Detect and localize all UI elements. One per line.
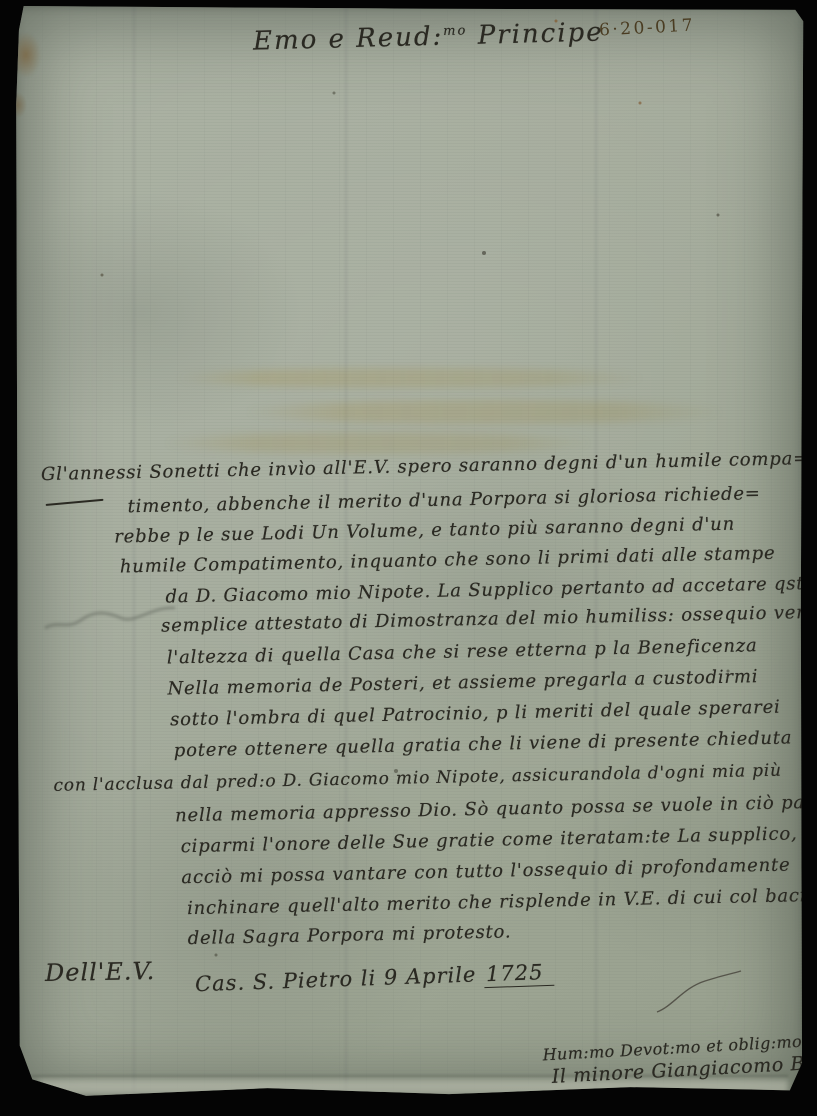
- body-line: sotto l'ombra di quel Patrocinio, p li m…: [170, 697, 781, 731]
- dateline-year: 1725: [484, 960, 554, 988]
- body-line: semplice attestato di Dimostranza del mi…: [161, 602, 817, 637]
- paper-specks: [15, 6, 17, 8]
- body-line: potere ottenere quella gratia che li vie…: [174, 727, 793, 761]
- body-line: inchinare quell'alto merito che risplend…: [187, 885, 817, 919]
- body-line: acciò mi possa vantare con tutto l'osseq…: [181, 854, 790, 888]
- pen-stroke-mark: [653, 964, 745, 1016]
- body-line: timento, abbenche il merito d'una Porpor…: [127, 483, 760, 517]
- scanned-letter-screenshot: { "document": { "archive_number": "6·20-…: [0, 0, 817, 1116]
- letter-body: Gl'annessi Sonetti che invìo all'E.V. sp…: [5, 0, 817, 1098]
- letter-page: Emo e Reud:mo Principe 6·20-017 Gl'annes…: [15, 6, 804, 1098]
- body-line: nella memoria appresso Dio. Sò quanto po…: [175, 791, 817, 826]
- body-line: humile Compatimento, inquanto che sono l…: [120, 543, 776, 578]
- body-line: rebbe p le sue Lodi Un Volume, e tanto p…: [114, 514, 735, 548]
- body-line: con l'acclusa dal pred:o D. Giacomo mio …: [53, 761, 782, 796]
- body-line: Nella memoria de Posteri, et assieme pre…: [167, 666, 758, 699]
- valediction: Dell'E.V.: [45, 957, 156, 987]
- body-line: l'altezza di quella Casa che si rese ett…: [167, 635, 758, 668]
- body-line: ciparmi l'onore delle Sue gratie come it…: [181, 823, 798, 857]
- body-line: da D. Giacomo mio Nipote. La Supplico pe…: [165, 573, 816, 608]
- body-line: Gl'annessi Sonetti che invìo all'E.V. sp…: [41, 448, 810, 485]
- pen-flourish: [46, 499, 104, 506]
- body-line: della Sagra Porpora mi protesto.: [187, 921, 511, 949]
